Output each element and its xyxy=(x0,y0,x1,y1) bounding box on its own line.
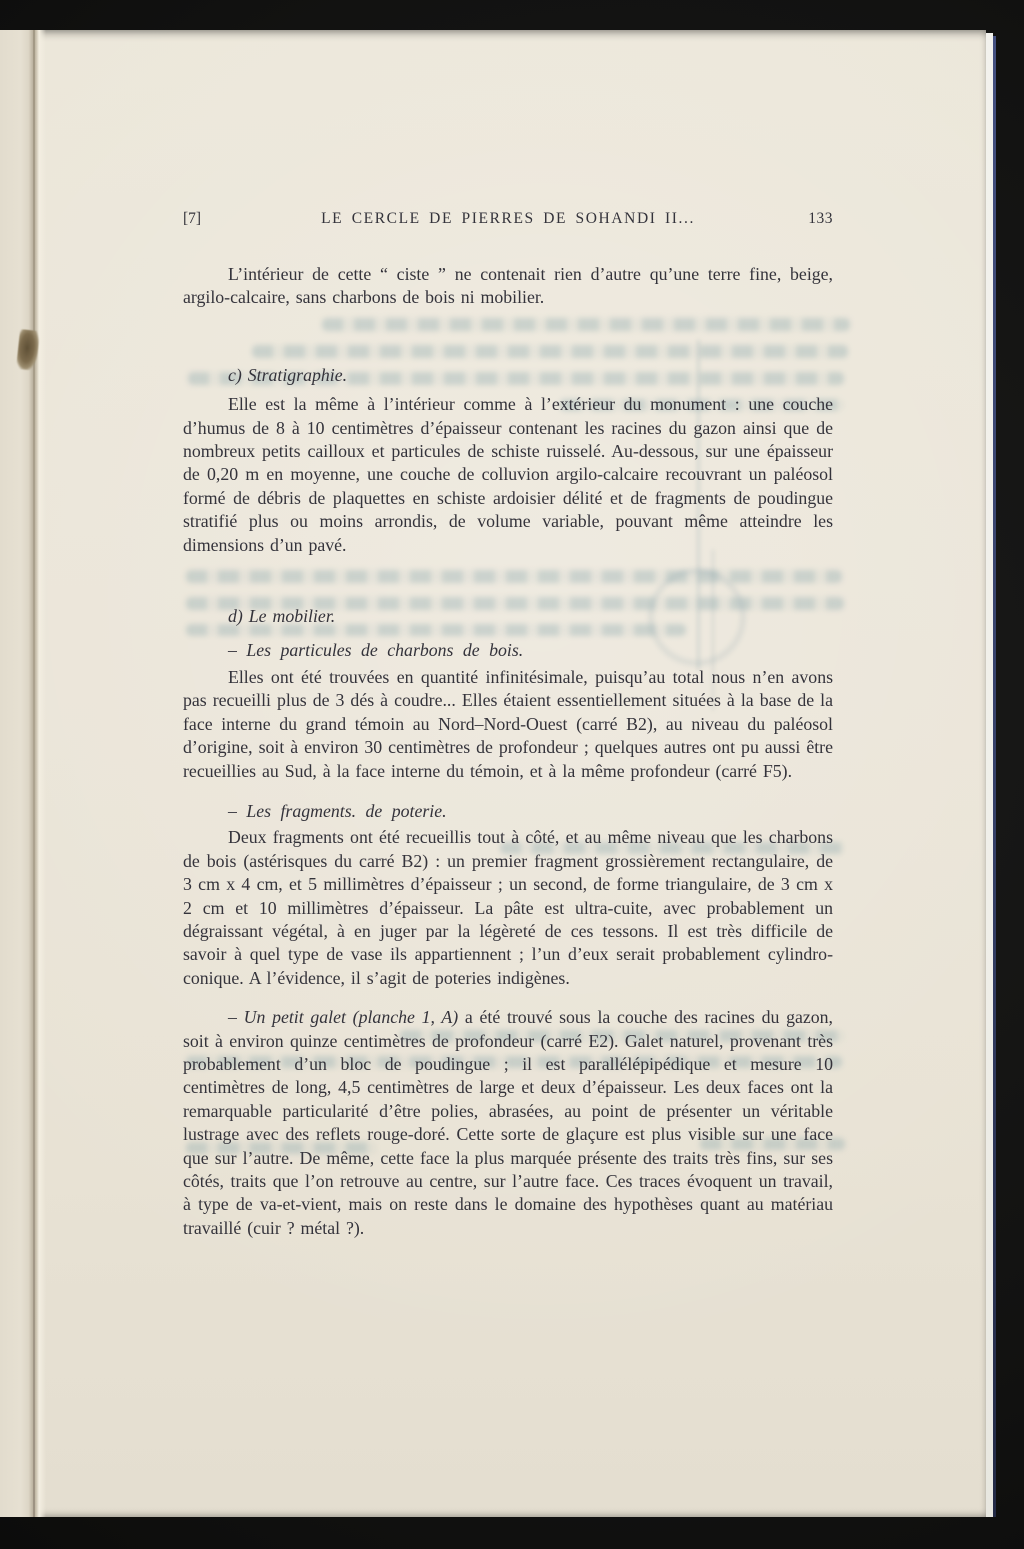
intro-paragraph: L’intérieur de cette “ ciste ” ne conten… xyxy=(183,263,833,310)
body-text: [7] LE CERCLE DE PIERRES DE SOHANDI II..… xyxy=(183,30,833,1240)
book-page: [7] LE CERCLE DE PIERRES DE SOHANDI II..… xyxy=(0,30,986,1517)
page-number: 133 xyxy=(743,207,833,230)
running-title: LE CERCLE DE PIERRES DE SOHANDI II... xyxy=(273,207,743,230)
subsection-heading-charbons: – Les particules de charbons de bois. xyxy=(228,639,833,662)
photo-backdrop: [7] LE CERCLE DE PIERRES DE SOHANDI II..… xyxy=(0,0,1024,1549)
page-edge-stack xyxy=(986,33,993,1517)
header-reference: [7] xyxy=(183,207,273,230)
debris-speck xyxy=(16,329,40,371)
section-c-paragraph: Elle est la même à l’intérieur comme à l… xyxy=(183,393,833,557)
page-edge-line xyxy=(993,36,996,1517)
page-gutter xyxy=(0,30,46,1517)
page-header: [7] LE CERCLE DE PIERRES DE SOHANDI II..… xyxy=(183,207,833,227)
subsection-paragraph-galet: – Un petit galet (planche 1, A) a été tr… xyxy=(183,1006,833,1240)
section-d-heading: d) Le mobilier. xyxy=(228,605,833,628)
subsection-paragraph-poterie: Deux fragments ont été recueillis tout à… xyxy=(183,826,833,990)
subsection-heading-poterie: – Les fragments. de poterie. xyxy=(228,800,833,823)
galet-lead: – Un petit galet (planche 1, A) xyxy=(228,1007,458,1027)
section-c-heading: c) Stratigraphie. xyxy=(228,364,833,387)
gutter-crease xyxy=(33,30,35,1517)
galet-text: a été trouvé sous la couche des racines … xyxy=(183,1007,833,1238)
subsection-paragraph-charbons: Elles ont été trouvées en quantité infin… xyxy=(183,666,833,783)
